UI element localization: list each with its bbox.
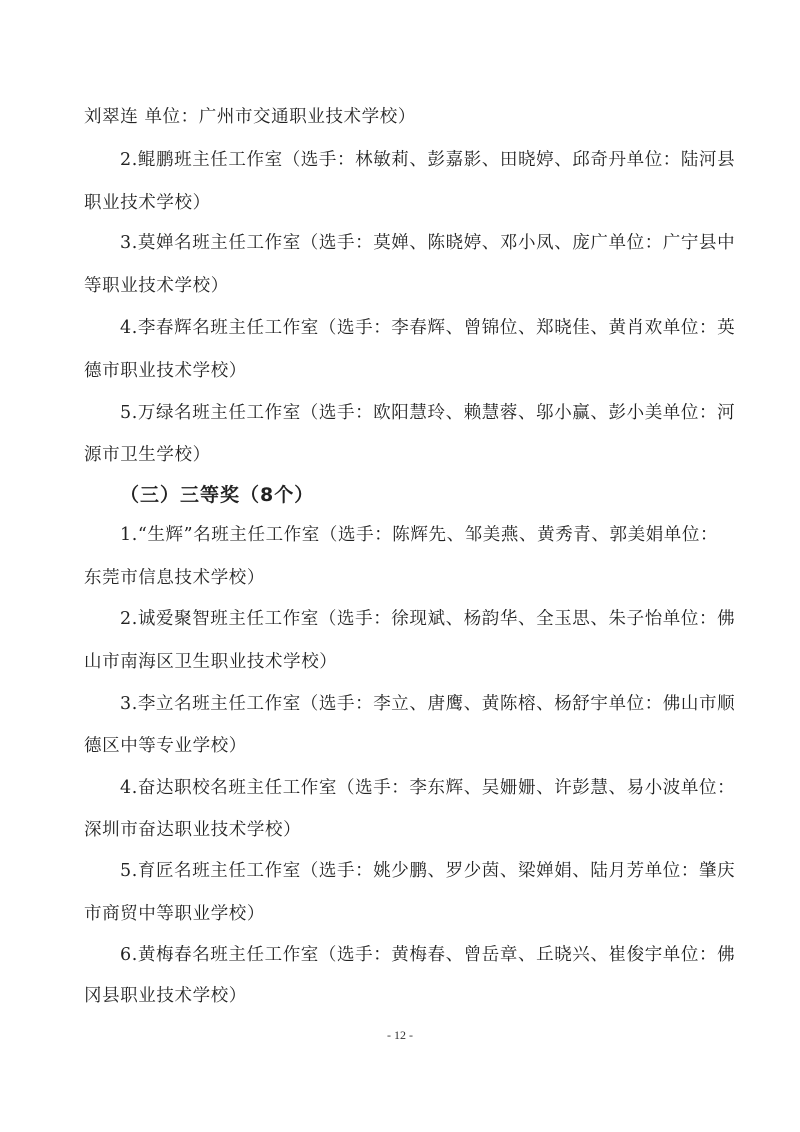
item-entry: 1.“生辉”名班主任工作室（选手：陈辉先、邹美燕、黄秀青、郭美娟 <box>120 524 664 546</box>
third-prize-item-5-cont: 市商贸中等职业学校） <box>84 903 716 925</box>
second-prize-item-3: 3.莫婵名班主任工作室（选手：莫婵、陈晓婷、邓小凤、庞广 单位：广宁县中 <box>120 232 716 254</box>
third-prize-item-5: 5.育匠名班主任工作室（选手：姚少鹏、罗少茵、梁婵娟、陆月芳 单位：肇庆 <box>120 860 716 882</box>
item-unit: 单位：佛 <box>663 608 735 630</box>
item-entry: 4.李春辉名班主任工作室（选手：李春辉、曾锦位、郑晓佳、黄肖欢 <box>120 317 663 339</box>
second-prize-item-4: 4.李春辉名班主任工作室（选手：李春辉、曾锦位、郑晓佳、黄肖欢 单位：英 <box>120 317 716 339</box>
item-entry: 2.鲲鹏班主任工作室（选手：林敏莉、彭嘉影、田晓婷、邱奇丹 <box>120 149 627 171</box>
third-prize-item-3: 3.李立名班主任工作室（选手：李立、唐鹰、黄陈榕、杨舒宇 单位：佛山市顺 <box>120 693 716 715</box>
item-entry: 4.奋达职校名班主任工作室（选手：李东辉、吴姗姗、许彭慧、易小波 <box>120 777 681 799</box>
item-entry: 2.诚爱聚智班主任工作室（选手：徐现斌、杨韵华、全玉思、朱子怡 <box>120 608 663 630</box>
second-prize-item-5: 5.万绿名班主任工作室（选手：欧阳慧玲、赖慧蓉、邬小赢、彭小美 单位：河 <box>120 402 716 424</box>
page-number: - 12 - <box>0 1028 800 1043</box>
item-entry: 5.万绿名班主任工作室（选手：欧阳慧玲、赖慧蓉、邬小赢、彭小美 <box>120 402 663 424</box>
third-prize-item-2-cont: 山市南海区卫生职业技术学校） <box>84 651 716 673</box>
item-unit: 单位： <box>664 524 718 546</box>
second-prize-item-2-cont: 职业技术学校） <box>84 192 716 214</box>
second-prize-item-4-cont: 德市职业技术学校） <box>84 360 716 382</box>
third-prize-item-6: 6.黄梅春名班主任工作室（选手：黄梅春、曾岳章、丘晓兴、崔俊宇 单位：佛 <box>120 944 716 966</box>
item-unit: 单位：肇庆 <box>645 860 736 882</box>
document-page: 刘翠连 单位：广州市交通职业技术学校） 2.鲲鹏班主任工作室（选手：林敏莉、彭嘉… <box>0 0 800 1132</box>
item-unit: 单位：英 <box>663 317 735 339</box>
third-prize-item-6-cont: 冈县职业技术学校） <box>84 985 716 1007</box>
item-unit: 单位：广宁县中 <box>609 232 736 254</box>
third-prize-item-2: 2.诚爱聚智班主任工作室（选手：徐现斌、杨韵华、全玉思、朱子怡 单位：佛 <box>120 608 716 630</box>
second-prize-item-5-cont: 源市卫生学校） <box>84 444 716 466</box>
third-prize-item-4-cont: 深圳市奋达职业技术学校） <box>84 819 716 841</box>
third-prize-item-1: 1.“生辉”名班主任工作室（选手：陈辉先、邹美燕、黄秀青、郭美娟 单位： <box>120 524 716 546</box>
item-unit: 单位：河 <box>663 402 735 424</box>
third-prize-item-4: 4.奋达职校名班主任工作室（选手：李东辉、吴姗姗、许彭慧、易小波 单位： <box>120 777 716 799</box>
item-entry: 6.黄梅春名班主任工作室（选手：黄梅春、曾岳章、丘晓兴、崔俊宇 <box>120 944 663 966</box>
second-prize-item-3-cont: 等职业技术学校） <box>84 275 716 297</box>
item-entry: 3.李立名班主任工作室（选手：李立、唐鹰、黄陈榕、杨舒宇 <box>120 693 609 715</box>
item-entry: 3.莫婵名班主任工作室（选手：莫婵、陈晓婷、邓小凤、庞广 <box>120 232 609 254</box>
item-entry: 5.育匠名班主任工作室（选手：姚少鹏、罗少茵、梁婵娟、陆月芳 <box>120 860 645 882</box>
item-unit: 单位：陆河县 <box>627 149 736 171</box>
third-prize-item-1-cont: 东莞市信息技术学校） <box>84 567 716 589</box>
third-prize-heading: （三）三等奖（8个） <box>120 483 314 507</box>
third-prize-item-3-cont: 德区中等专业学校） <box>84 735 716 757</box>
continuation-line: 刘翠连 单位：广州市交通职业技术学校） <box>84 106 716 128</box>
second-prize-item-2: 2.鲲鹏班主任工作室（选手：林敏莉、彭嘉影、田晓婷、邱奇丹 单位：陆河县 <box>120 149 716 171</box>
item-unit: 单位：佛 <box>663 944 735 966</box>
item-unit: 单位： <box>681 777 735 799</box>
item-unit: 单位：佛山市顺 <box>609 693 736 715</box>
